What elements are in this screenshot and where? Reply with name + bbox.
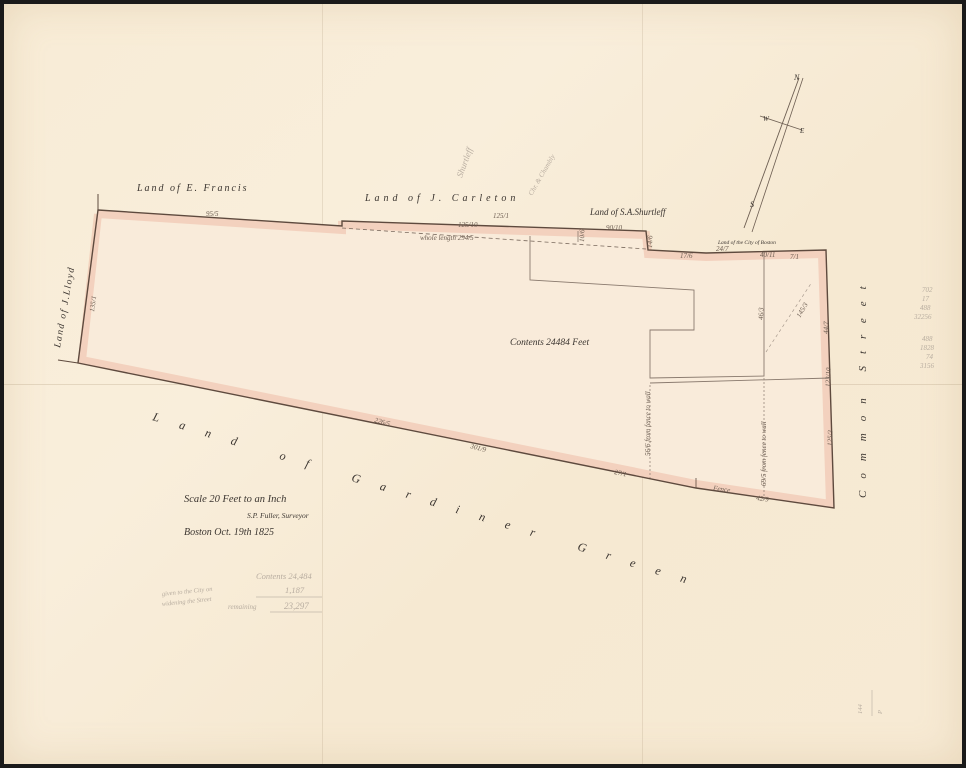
margin-calc: 702 (922, 286, 933, 294)
dim-gardiner-4: 42/9 (756, 494, 770, 504)
abutter-label-shurtleff: Land of S.A.Shurtleff (589, 207, 667, 217)
dim-whole-length: whole length 294/5 (420, 234, 474, 242)
abutter-label-carleton: Land of J. Carleton (364, 193, 519, 204)
margin-calc: 74 (926, 353, 934, 361)
dim-city-3: 40/11 (760, 251, 775, 259)
map-drawing: Land of E. Francis Land of J. Carleton L… (0, 0, 966, 768)
boundary-tick (58, 360, 78, 363)
dim-east-1: 44/7 (822, 321, 830, 334)
dim-gardiner-3: 27/1 (614, 468, 628, 478)
margin-calc: 1828 (920, 344, 935, 352)
pencil-note-line-2: widening the Street (161, 596, 212, 608)
date-label: Boston Oct. 19th 1825 (184, 527, 274, 538)
margin-calc: 488 (920, 304, 931, 312)
corner-mark: P (877, 710, 884, 715)
surveyor-label: S.P. Fuller, Surveyor (247, 511, 309, 520)
parcel-contents-label: Contents 24484 Feet (510, 338, 590, 348)
dim-cross-2: 69/5 from fence to wall (760, 421, 768, 486)
dim-cross-1: 56/6 from fence to wall (644, 391, 652, 456)
dim-francis: 95/5 (206, 210, 219, 218)
pencil-sum-sub: 1,187 (285, 585, 305, 595)
pencil-scribble: Chr. & Chambly (527, 152, 557, 197)
dim-carleton-inner: 125/10 (458, 221, 478, 229)
dim-city-2: 24/7 (716, 245, 729, 253)
dim-east-2: 123/10 (824, 367, 833, 387)
dim-carleton: 125/1 (493, 212, 509, 220)
dim-city-1: 17/6 (680, 252, 693, 260)
pencil-sum-top: Contents 24,484 (256, 571, 312, 581)
street-label-common: Common Street (857, 274, 869, 498)
pencil-remaining: remaining (228, 603, 257, 611)
margin-calc: 32256 (913, 313, 932, 321)
dim-inner-1: 46/3 (757, 307, 765, 320)
dim-jog-1: 10/6 (578, 229, 586, 242)
margin-calc: 488 (922, 335, 933, 343)
dim-city-4: 7/1 (790, 253, 799, 261)
compass-rose: N W E S (744, 73, 805, 232)
pencil-scribble: Shurtleff (454, 145, 475, 179)
compass-north-label: N (793, 73, 800, 82)
dim-shurtleff: 90/10 (606, 224, 622, 232)
abutter-label-francis: Land of E. Francis (136, 183, 249, 194)
dim-jog-2: 14/6 (646, 235, 654, 248)
corner-mark: 144 (857, 704, 864, 715)
compass-east-label: E (799, 127, 805, 135)
scale-label: Scale 20 Feet to an Inch (184, 494, 286, 505)
margin-calc: 3156 (919, 362, 935, 370)
abutter-label-lloyd: Land of J.Lloyd (52, 265, 77, 349)
compass-south-label: S (750, 200, 754, 209)
dim-fence-label: Fence (712, 484, 731, 494)
dim-east-3: 125/3 (826, 429, 835, 446)
survey-map: Land of E. Francis Land of J. Carleton L… (0, 0, 966, 768)
margin-calc: 17 (922, 295, 930, 303)
pencil-sum-result: 23,297 (284, 601, 309, 611)
